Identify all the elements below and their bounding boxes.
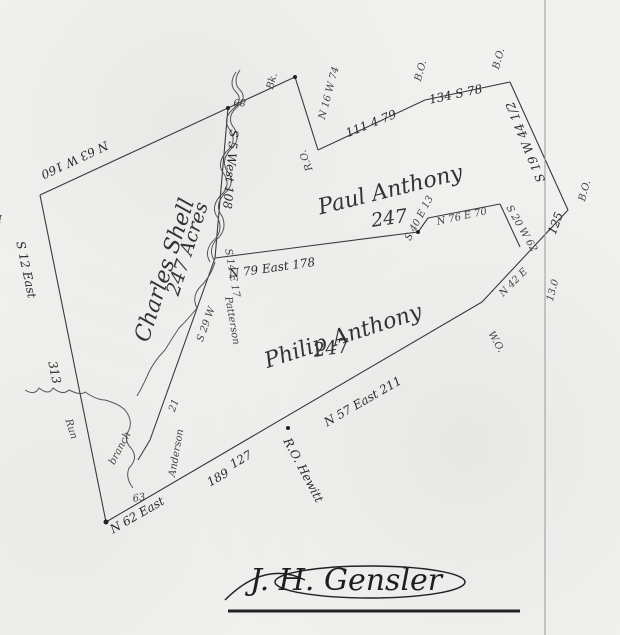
plat-boundary-lines (0, 0, 620, 635)
tract-acreage-paul-anthony: 247 (370, 207, 409, 231)
survey-plat: Charles Shell 247 Acres Paul Anthony 247… (0, 0, 620, 635)
surveyor-signature: J. H. Gensler (250, 566, 442, 596)
corner-mark: P.O. (0, 212, 2, 222)
tract-acreage-philip-anthony: 247 (312, 337, 351, 361)
call-creek-line-top: 89 (233, 96, 246, 106)
